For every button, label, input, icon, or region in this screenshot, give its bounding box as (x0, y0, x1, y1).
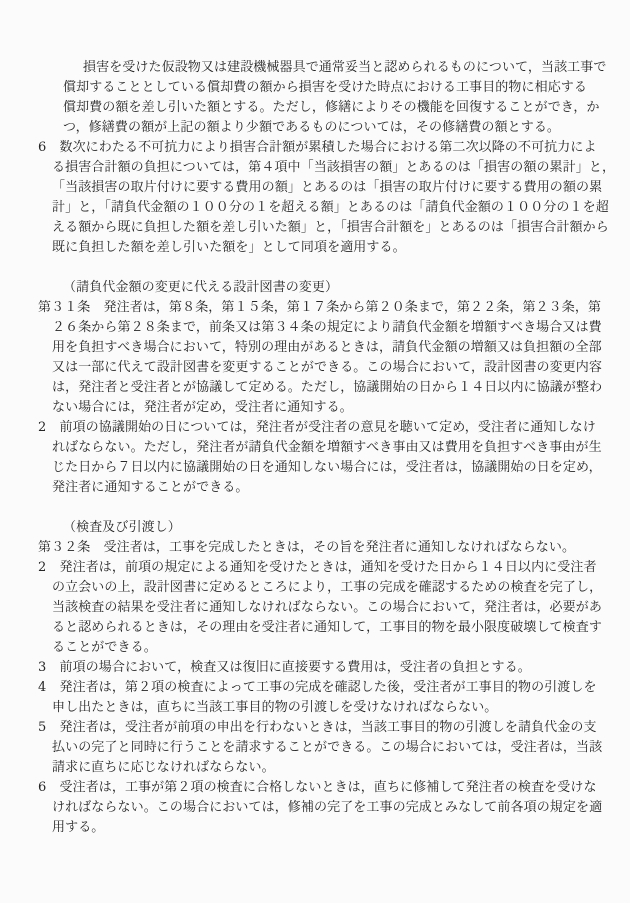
clause32-item5: 5 発注者は，受注者が前項の申出を行わないときは，当該工事目的物の引渡しを請負代… (38, 718, 592, 778)
text-line: 3 前項の場合において，検査又は復旧に直接要する費用は，受注者の負担とする。 (38, 658, 592, 678)
text-line: 損害を受けた仮設物又は建設機械器具で通常妥当と認められるものについて，当該工事で (83, 58, 592, 78)
text-line: 用する。 (52, 818, 592, 838)
text-line: 償却費の額を差し引いた額とする。ただし，修繕によりその機能を回復することができ，… (63, 98, 592, 118)
text-line: 4 発注者は，第２項の検査によって工事の完成を確認した後，受注者が工事目的物の引… (38, 678, 592, 698)
text-line: 第３１条 発注者は，第８条，第１５条，第１７条から第２０条まで，第２２条，第２３… (38, 298, 592, 318)
text-line: 5 発注者は，受注者が前項の申出を行わないときは，当該工事目的物の引渡しを請負代… (38, 718, 592, 738)
text-line: 請求に直ちに応じなければならない。 (52, 758, 592, 778)
text-line: 償却することとしている償却費の額から損害を受けた時点における工事目的物に相応する (63, 78, 592, 98)
clause32-item2: 2 発注者は，前項の規定による通知を受けたときは，通知を受けた日から１４日以内に… (38, 558, 592, 658)
text-line: 6 受注者は，工事が第２項の検査に合格しないときは，直ちに修補して発注者の検査を… (38, 778, 592, 798)
clause30-item5-3-continuation: 損害を受けた仮設物又は建設機械器具で通常妥当と認められるものについて，当該工事で… (38, 58, 592, 138)
text-line: 既に負担した額を差し引いた額を」として同項を適用する。 (52, 238, 592, 258)
text-line: ることができる。 (52, 638, 592, 658)
text-line: 発注者に通知することができる。 (52, 478, 592, 498)
heading-inspection-and-delivery: （検査及び引渡し） (38, 518, 592, 538)
text-line: 2 発注者は，前項の規定による通知を受けたときは，通知を受けた日から１４日以内に… (38, 558, 592, 578)
text-line: える額から既に負担した額を差し引いた額」と，「損害合計額を」とあるのは「損害合計… (52, 218, 592, 238)
text-line: 第３２条 受注者は，工事を完成したときは，その旨を発注者に通知しなければならない… (38, 538, 592, 558)
text-line: の立会いの上，設計図書に定めるところにより，工事の完成を確認するための検査を完了… (52, 578, 592, 598)
text-line: ない場合には，発注者が定め，受注者に通知する。 (52, 398, 592, 418)
text-line: じた日から７日以内に協議開始の日を通知しない場合には，受注者は，協議開始の日を定… (52, 458, 592, 478)
text-line: 用を負担すべき場合において，特別の理由があるときは，請負代金額の増額又は負担額の… (52, 338, 592, 358)
text-line: ると認められるときは，その理由を受注者に通知して，工事目的物を最小限度破壊して検… (52, 618, 592, 638)
text-line: 又は一部に代えて設計図書を変更することができる。この場合において，設計図書の変更… (52, 358, 592, 378)
text-line: （検査及び引渡し） (63, 518, 592, 538)
text-line: ればならない。ただし，発注者が請負代金額を増額すべき事由又は費用を負担すべき事由… (52, 438, 592, 458)
clause31-item2: 2 前項の協議開始の日については，発注者が受注者の意見を聴いて定め，受注者に通知… (38, 418, 592, 498)
text-line: ２６条から第２８条まで，前条又は第３４条の規定により請負代金額を増額すべき場合又… (52, 318, 592, 338)
text-line: 当該検査の結果を受注者に通知しなければならない。この場合において，発注者は，必要… (52, 598, 592, 618)
document-page: 損害を受けた仮設物又は建設機械器具で通常妥当と認められるものについて，当該工事で… (0, 0, 630, 903)
text-line: る損害合計額の負担については，第４項中「当該損害の額」とあるのは「損害の額の累計… (52, 158, 592, 178)
text-line: は，発注者と受注者とが協議して定める。ただし，協議開始の日から１４日以内に協議が… (52, 378, 592, 398)
text-line: 申し出たときは，直ちに当該工事目的物の引渡しを受けなければならない。 (52, 698, 592, 718)
text-line: 払いの完了と同時に行うことを請求することができる。この場合においては，受注者は，… (52, 738, 592, 758)
clause32-item4: 4 発注者は，第２項の検査によって工事の完成を確認した後，受注者が工事目的物の引… (38, 678, 592, 718)
clause31-item1: 第３１条 発注者は，第８条，第１５条，第１７条から第２０条まで，第２２条，第２３… (38, 298, 592, 418)
heading-change-of-design-documents: （請負代金額の変更に代える設計図書の変更） (38, 278, 592, 298)
text-line: ければならない。この場合においては，修補の完了を工事の完成とみなして前各項の規定… (52, 798, 592, 818)
clause32-item3: 3 前項の場合において，検査又は復旧に直接要する費用は，受注者の負担とする。 (38, 658, 592, 678)
text-line: 「当該損害の取片付けに要する費用の額」とあるのは「損害の取片付けに要する費用の額… (52, 178, 592, 198)
text-line: 計」と，「請負代金額の１００分の１を超える額」とあるのは「請負代金額の１００分の… (52, 198, 592, 218)
clause32-item1: 第３２条 受注者は，工事を完成したときは，その旨を発注者に通知しなければならない… (38, 538, 592, 558)
text-line: （請負代金額の変更に代える設計図書の変更） (63, 278, 592, 298)
text-line: 6 数次にわたる不可抗力により損害合計額が累積した場合における第二次以降の不可抗… (38, 138, 592, 158)
clause32-item6: 6 受注者は，工事が第２項の検査に合格しないときは，直ちに修補して発注者の検査を… (38, 778, 592, 838)
text-line: つ，修繕費の額が上記の額より少額であるものについては，その修繕費の額とする。 (63, 118, 592, 138)
clause30-item6: 6 数次にわたる不可抗力により損害合計額が累積した場合における第二次以降の不可抗… (38, 138, 592, 258)
text-line: 2 前項の協議開始の日については，発注者が受注者の意見を聴いて定め，受注者に通知… (38, 418, 592, 438)
